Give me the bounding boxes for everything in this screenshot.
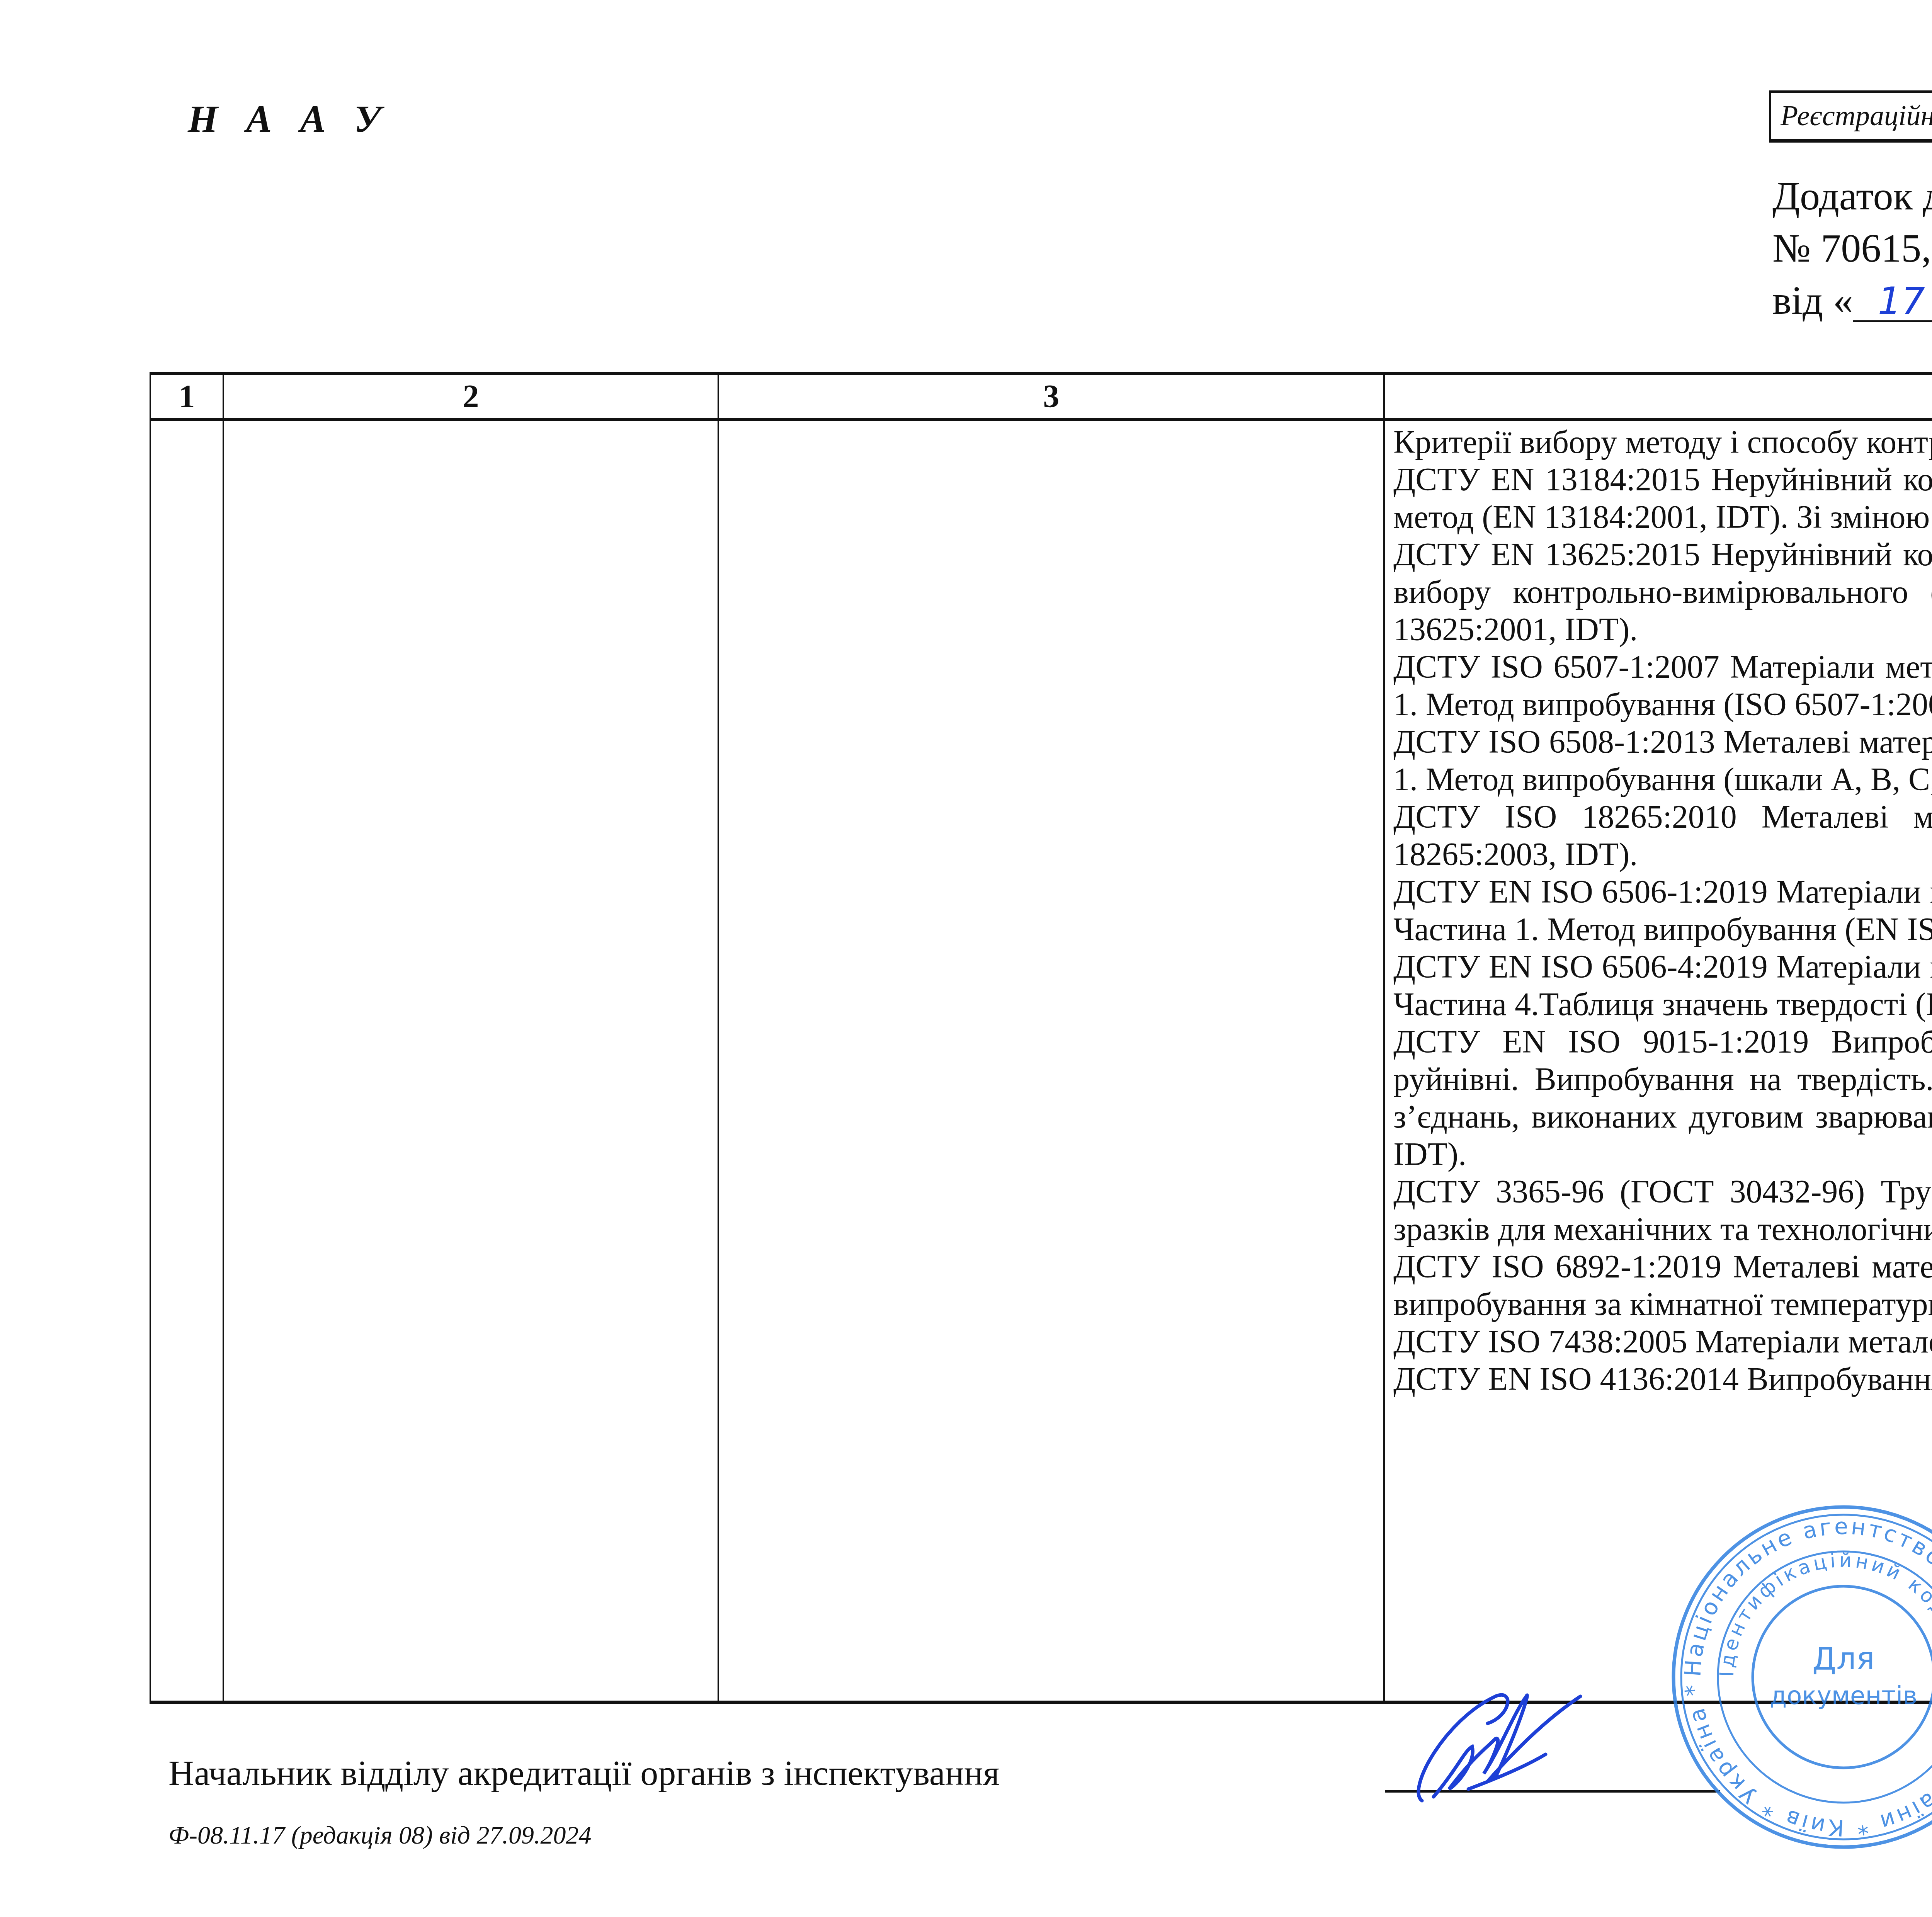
date-day-handwritten: 17	[1853, 282, 1932, 322]
standard-entry: Критерії вибору методу і способу контрол…	[1393, 424, 1932, 461]
standard-entry: ДСТУ ISO 6892-1:2019 Металеві матеріали.…	[1393, 1248, 1932, 1323]
date-prefix: від «	[1772, 278, 1853, 323]
stamp-center-line-2: документів	[1770, 1682, 1917, 1710]
standard-entry: ДСТУ 3365-96 (ГОСТ 30432-96) Труби метал…	[1393, 1173, 1932, 1248]
form-identifier: Ф-08.11.17 (редакція 08) від 27.09.2024	[168, 1821, 591, 1850]
standard-entry: ДСТУ ISO 18265:2010 Металеві матеріали. …	[1393, 798, 1932, 873]
cell-col1	[150, 420, 223, 1703]
column-header-4: 4	[1384, 374, 1932, 420]
accreditation-scope-table: 1 2 3 4 Критерії вибору методу і способу…	[150, 372, 1932, 1704]
annex-number: № 70615, тип А	[1772, 222, 1932, 274]
column-header-3: 3	[718, 374, 1384, 420]
table-row: Критерії вибору методу і способу контрол…	[150, 420, 1932, 1703]
registration-label: Реєстраційний номер ООВ	[1771, 93, 1932, 139]
standard-entry: ДСТУ EN ISO 6506-1:2019 Матеріали метале…	[1393, 873, 1932, 948]
column-header-1: 1	[150, 374, 223, 420]
cell-col2	[223, 420, 718, 1703]
standard-entry: ДСТУ ISO 6507-1:2007 Матеріали металеві.…	[1393, 648, 1932, 723]
standard-entry: ДСТУ EN ISO 9015-1:2019 Випробування зва…	[1393, 1023, 1932, 1173]
annex-header: Додаток до атестата про акредитацію № 70…	[1772, 170, 1932, 327]
cell-col3	[718, 420, 1384, 1703]
registration-box: Реєстраційний номер ООВ 70615	[1769, 90, 1932, 143]
standard-entry: ДСТУ ISO 6508-1:2013 Металеві матеріали.…	[1393, 723, 1932, 798]
standard-entry: ДСТУ EN ISO 4136:2014 Випробування зварн…	[1393, 1361, 1932, 1398]
annex-date: від «17» грудня 2024р.	[1772, 274, 1932, 327]
column-header-2: 2	[223, 374, 718, 420]
stamp-center-line-1: Для	[1812, 1641, 1875, 1677]
standard-entry: ДСТУ EN 13625:2015 Неруйнівний контроль.…	[1393, 536, 1932, 648]
standard-entry: ДСТУ EN 13184:2015 Неруйнівний контроль.…	[1393, 461, 1932, 536]
annex-title: Додаток до атестата про акредитацію	[1772, 170, 1932, 222]
signatory-title: Начальник відділу акредитації органів з …	[168, 1752, 1000, 1793]
table-header-row: 1 2 3 4	[150, 374, 1932, 420]
standard-entry: ДСТУ ISO 7438:2005 Матеріали металеві. В…	[1393, 1323, 1932, 1361]
org-abbreviation: Н А А У	[188, 97, 390, 141]
handwritten-signature-icon	[1399, 1673, 1615, 1812]
standard-entry: ДСТУ EN ISO 6506-4:2019 Матеріали метале…	[1393, 948, 1932, 1023]
official-stamp-icon: Національне агентство з акредитації Укра…	[1670, 1503, 1932, 1851]
